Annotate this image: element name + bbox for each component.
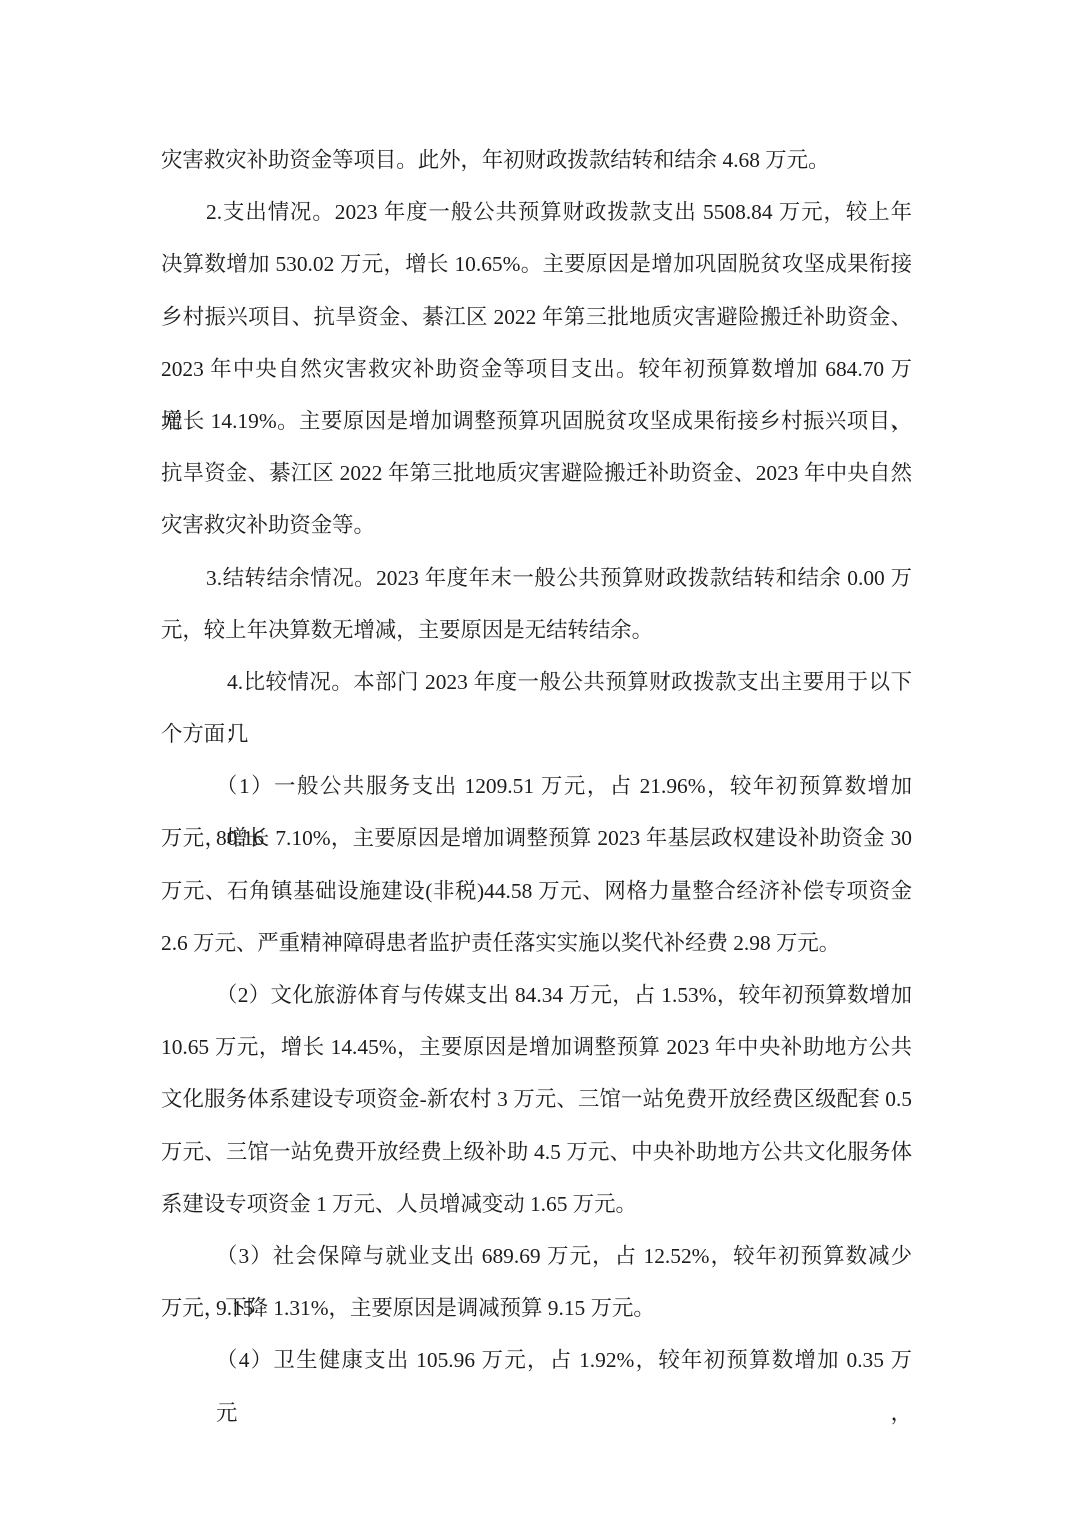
text-line: （1）一般公共服务支出 1209.51 万元，占 21.96%，较年初预算数增加…: [161, 760, 912, 812]
text-line: （4）卫生健康支出 105.96 万元，占 1.92%，较年初预算数增加 0.3…: [161, 1334, 912, 1386]
text-line: 决算数增加 530.02 万元，增长 10.65%。主要原因是增加巩固脱贫攻坚成…: [161, 238, 912, 290]
document-page: 灾害救灾补助资金等项目。此外，年初财政拨款结转和结余 4.68 万元。2.支出情…: [0, 0, 1074, 1520]
text-line: 2023 年中央自然灾害救灾补助资金等项目支出。较年初预算数增加 684.70 …: [161, 343, 912, 395]
text-line: （3）社会保障与就业支出 689.69 万元，占 12.52%，较年初预算数减少…: [161, 1230, 912, 1282]
text-line: 个方面：: [161, 708, 912, 760]
text-line: 2.支出情况。2023 年度一般公共预算财政拨款支出 5508.84 万元，较上…: [161, 186, 912, 238]
text-line: 3.结转结余情况。2023 年度年末一般公共预算财政拨款结转和结余 0.00 万: [161, 552, 912, 604]
text-line: 灾害救灾补助资金等项目。此外，年初财政拨款结转和结余 4.68 万元。: [161, 134, 912, 186]
text-line: 系建设专项资金 1 万元、人员增减变动 1.65 万元。: [161, 1178, 912, 1230]
text-line: 万元，增长 7.10%，主要原因是增加调整预算 2023 年基层政权建设补助资金…: [161, 812, 912, 864]
text-line: 万元，下降 1.31%，主要原因是调减预算 9.15 万元。: [161, 1282, 912, 1334]
document-body: 灾害救灾补助资金等项目。此外，年初财政拨款结转和结余 4.68 万元。2.支出情…: [161, 134, 912, 1387]
text-line: 万元、三馆一站免费开放经费上级补助 4.5 万元、中央补助地方公共文化服务体: [161, 1126, 912, 1178]
text-line: 2.6 万元、严重精神障碍患者监护责任落实实施以奖代补经费 2.98 万元。: [161, 917, 912, 969]
text-line: 抗旱资金、綦江区 2022 年第三批地质灾害避险搬迁补助资金、2023 年中央自…: [161, 447, 912, 499]
text-line: 元，较上年决算数无增减，主要原因是无结转结余。: [161, 604, 912, 656]
text-line: 灾害救灾补助资金等。: [161, 499, 912, 551]
text-line: 乡村振兴项目、抗旱资金、綦江区 2022 年第三批地质灾害避险搬迁补助资金、: [161, 291, 912, 343]
text-line: （2）文化旅游体育与传媒支出 84.34 万元，占 1.53%，较年初预算数增加: [161, 969, 912, 1021]
text-line: 4.比较情况。本部门 2023 年度一般公共预算财政拨款支出主要用于以下几: [161, 656, 912, 708]
text-line: 文化服务体系建设专项资金-新农村 3 万元、三馆一站免费开放经费区级配套 0.5: [161, 1073, 912, 1125]
text-line: 10.65 万元，增长 14.45%，主要原因是增加调整预算 2023 年中央补…: [161, 1021, 912, 1073]
text-line: 增长 14.19%。主要原因是增加调整预算巩固脱贫攻坚成果衔接乡村振兴项目、: [161, 395, 912, 447]
text-line: 万元、石角镇基础设施建设(非税)44.58 万元、网格力量整合经济补偿专项资金: [161, 865, 912, 917]
